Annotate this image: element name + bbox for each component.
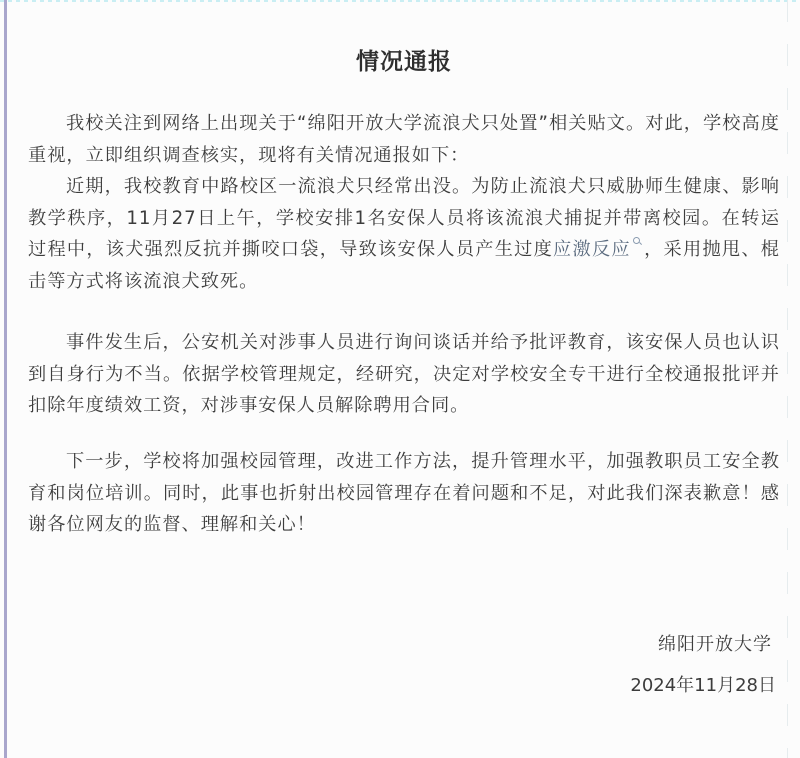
paragraph-next-steps: 下一步，学校将加强校园管理，改进工作方法，提升管理水平，加强教职员工安全教育和岗… [28, 446, 780, 541]
signature-date: 2024年11月28日 [630, 673, 776, 699]
document-title: 情况通报 [28, 48, 780, 76]
paragraph-incident: 近期，我校教育中路校区一流浪犬只经常出没。为防止流浪犬只威胁师生健康、影响教学秩… [28, 171, 780, 297]
search-icon[interactable] [633, 237, 642, 246]
paragraph-intro: 我校关注到网络上出现关于“绵阳开放大学流浪犬只处置”相关贴文。对此，学校高度重视… [28, 108, 780, 171]
paragraph-handling: 事件发生后，公安机关对涉事人员进行询问谈话并给予批评教育，该安保人员也认识到自身… [28, 327, 780, 422]
right-edge-guide [787, 0, 788, 758]
top-dashed-divider [0, 0, 800, 2]
stress-reaction-link[interactable]: 应激反应 [553, 239, 631, 260]
signature-organization: 绵阳开放大学 [658, 632, 772, 658]
left-border-bar [4, 0, 7, 758]
